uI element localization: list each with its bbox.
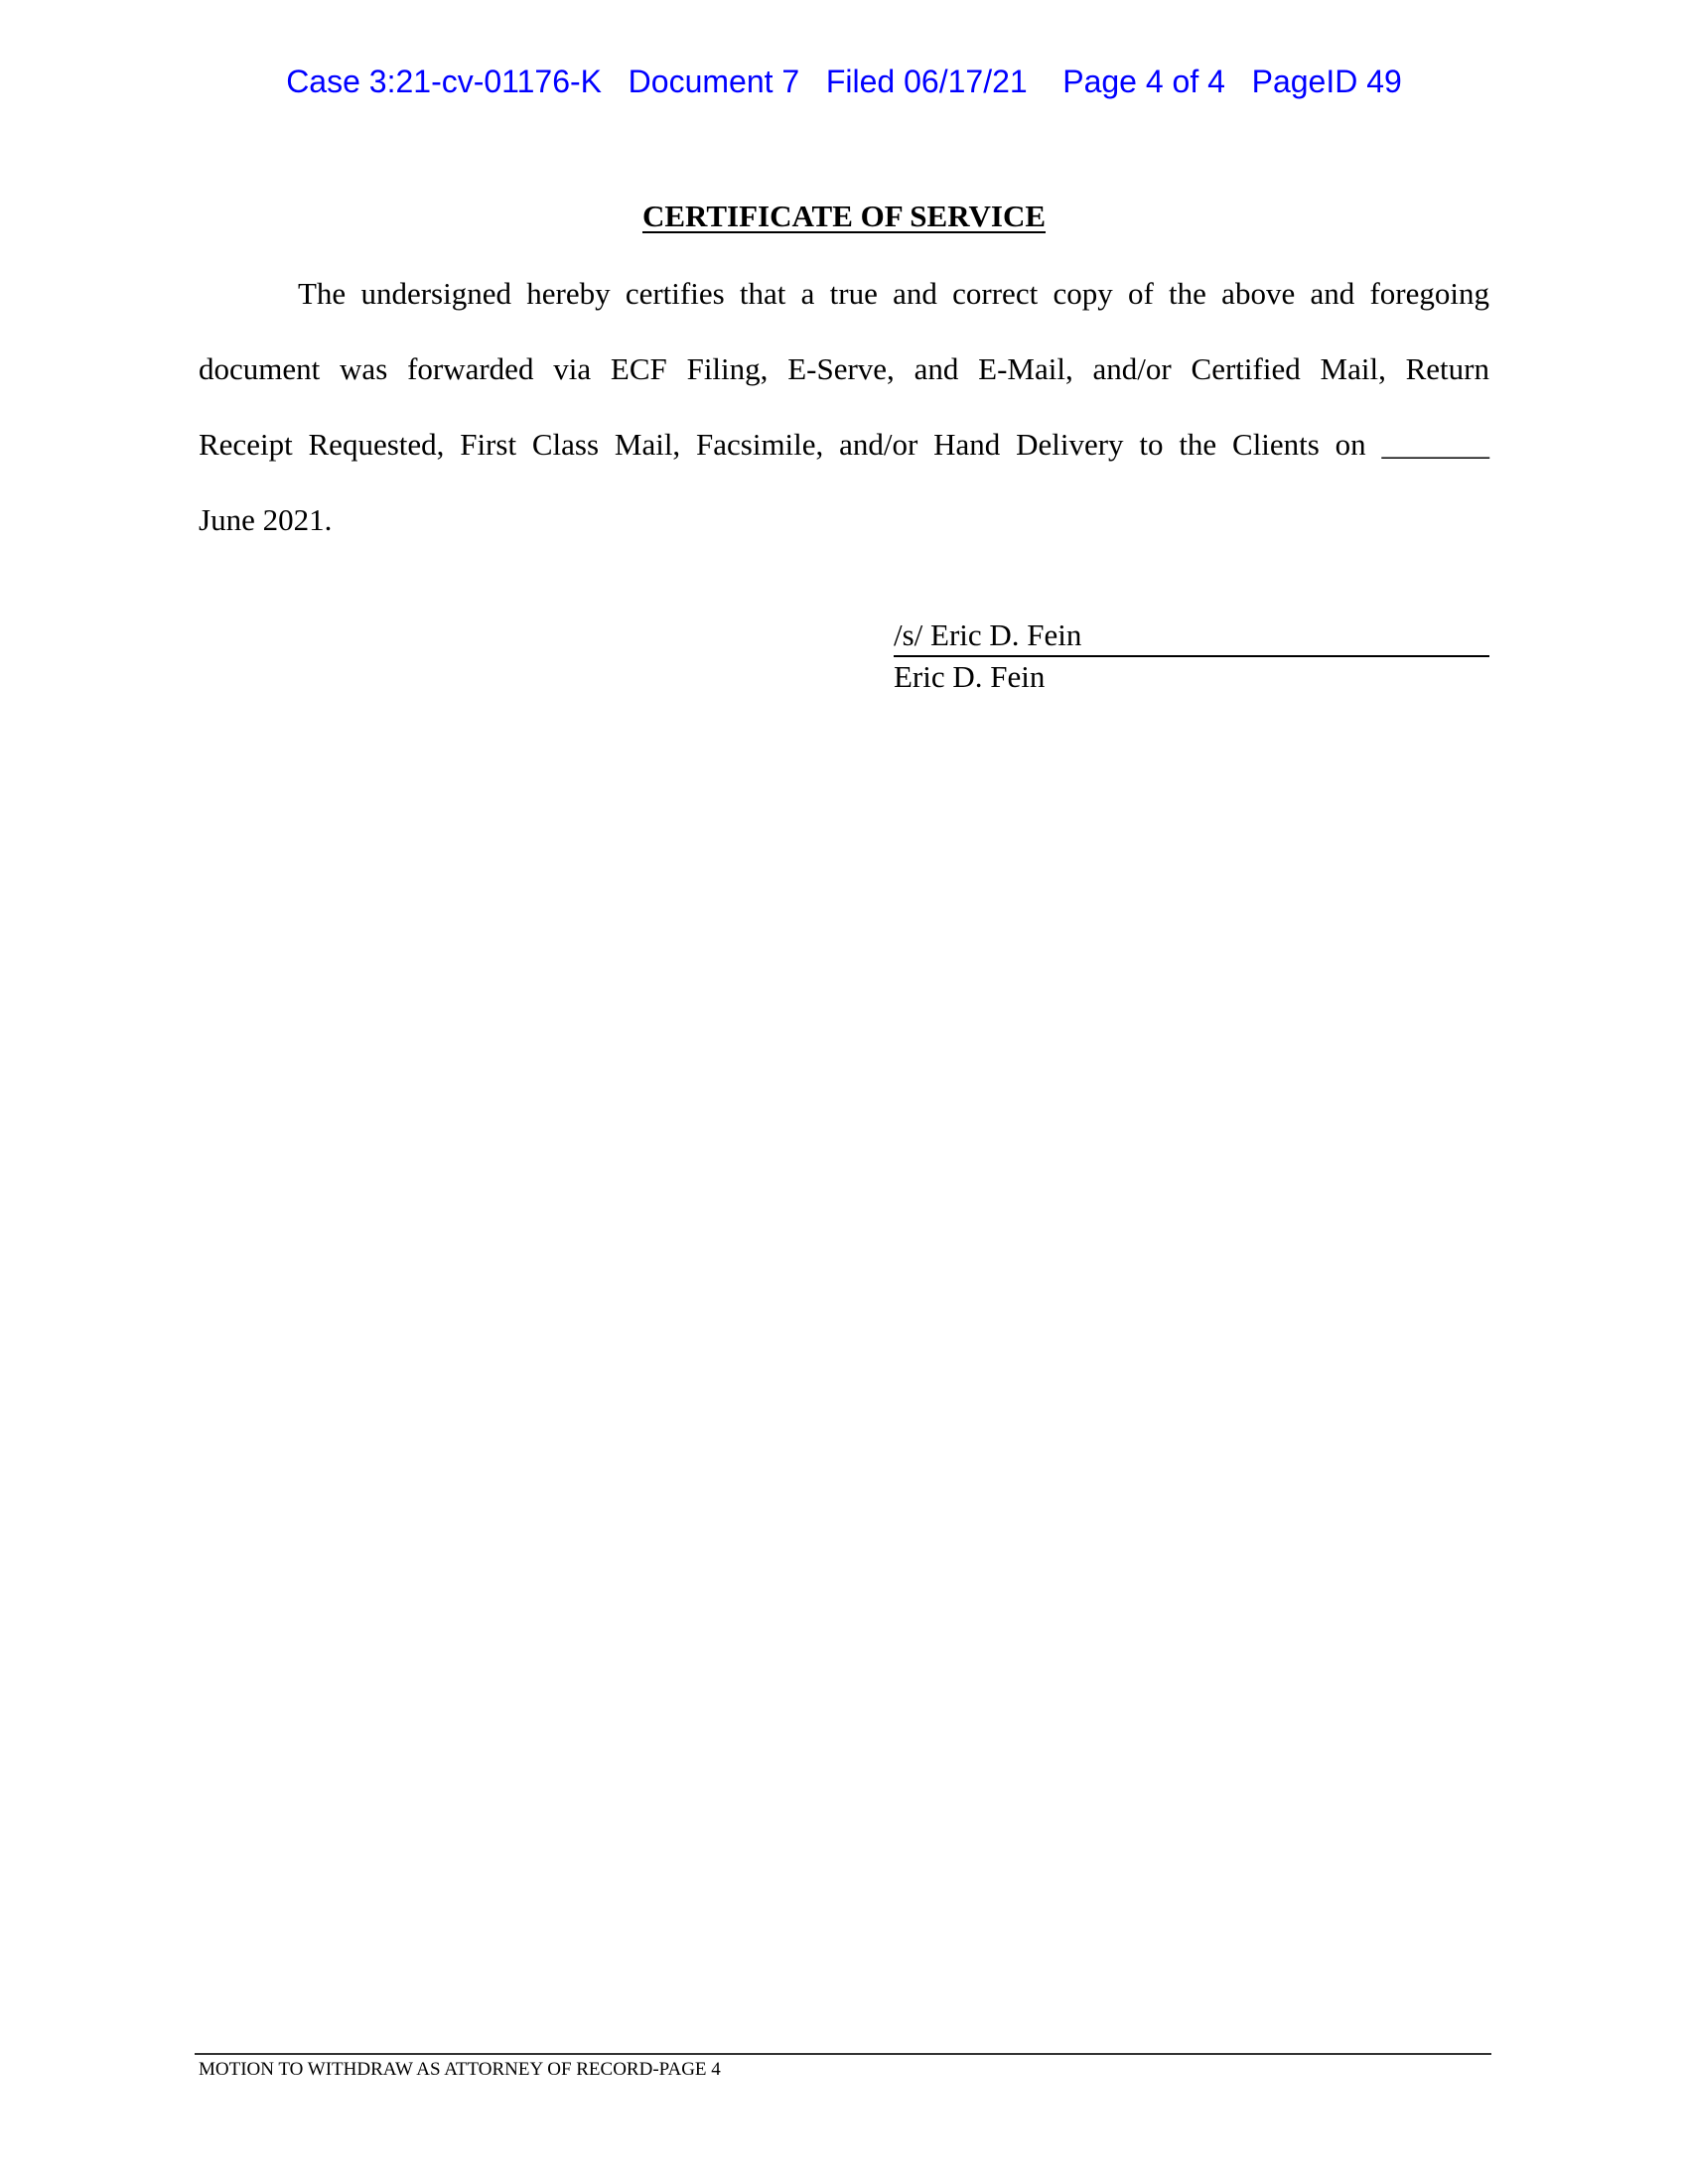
body-line-3: Receipt Requested, First Class Mail, Fac… xyxy=(199,427,1489,467)
page-footer: MOTION TO WITHDRAW AS ATTORNEY OF RECORD… xyxy=(199,2059,721,2081)
filed-date: Filed 06/17/21 xyxy=(826,64,1028,99)
body-line-1: The undersigned hereby certifies that a … xyxy=(298,276,1489,316)
case-number: Case 3:21-cv-01176-K xyxy=(286,64,602,99)
electronic-signature: /s/ Eric D. Fein xyxy=(894,617,1081,652)
signature-line: /s/ Eric D. Fein xyxy=(894,615,1489,657)
page-title: CERTIFICATE OF SERVICE xyxy=(0,199,1688,234)
page-count: Page 4 of 4 xyxy=(1062,64,1225,99)
signer-name: Eric D. Fein xyxy=(894,657,1489,697)
body-line-4: June 2021. xyxy=(199,502,1489,542)
document-number: Document 7 xyxy=(629,64,800,99)
page-id: PageID 49 xyxy=(1252,64,1402,99)
footer-divider xyxy=(195,2053,1491,2055)
body-line-2: document was forwarded via ECF Filing, E… xyxy=(199,351,1489,391)
signature-block: /s/ Eric D. Fein Eric D. Fein xyxy=(894,615,1489,697)
ecf-header-stamp: Case 3:21-cv-01176-K Document 7 Filed 06… xyxy=(0,64,1688,100)
